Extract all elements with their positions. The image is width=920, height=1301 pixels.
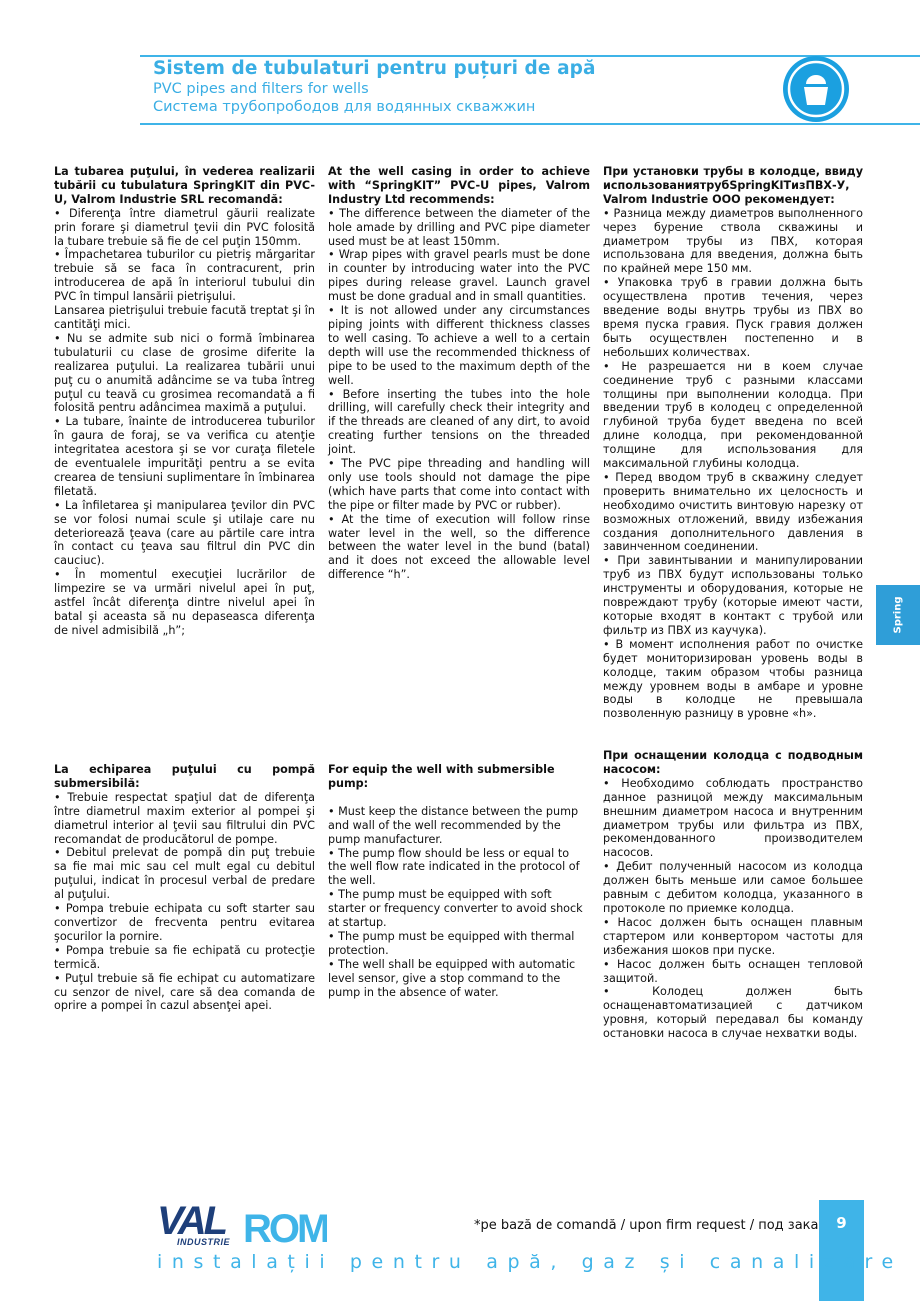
paragraph: • The pump must be equipped with soft st… [328,888,590,930]
paragraph: • The difference between the diameter of… [328,207,590,249]
section2-ro-column: La echiparea puţului cu pompă submersibi… [54,763,315,1013]
spacer [328,791,590,805]
side-tab-label: Spring [893,597,904,634]
paragraph: • La înfiletarea şi manipularea ţevilor … [54,499,315,569]
paragraph: • При завинтывании и манипулировании тру… [603,554,863,637]
page-title-en: PVC pipes and filters for wells [153,80,596,98]
paragraph: • Pompa trebuie echipata cu soft starter… [54,902,315,944]
paragraph: • Wrap pipes with gravel pearls must be … [328,248,590,304]
paragraph: • Перед вводом труб в скважину следует п… [603,471,863,554]
order-footnote: *pe bază de comandă / upon firm request … [474,1218,825,1233]
paragraph: • Разница между диаметров выполненного ч… [603,207,863,277]
paragraph: • Необходимо соблюдать пространство данн… [603,777,863,860]
paragraph: • Nu se admite sub nici o formă îmbinare… [54,332,315,415]
paragraph: • В момент исполнения работ по очистке б… [603,638,863,721]
logo-industrie-text: INDUSTRIE [177,1237,230,1247]
paragraph: • Колодец должен быть оснащенавтоматизац… [603,985,863,1041]
paragraph: • Diferenţa între diametrul găurii reali… [54,207,315,249]
section2-ru-column: При оснащении колодца с подводным насосо… [603,749,863,1041]
section1-ru-column: При установки трубы в колодце, ввиду исп… [603,165,863,721]
page-title-ru: Система трубопрободов для водянных скваж… [153,98,596,116]
paragraph: • Împachetarea tuburilor cu pietriş mărg… [54,248,315,304]
paragraph: • Насос должен быть оснащен тепловой защ… [603,958,863,986]
paragraph: • The PVC pipe threading and handling wi… [328,457,590,513]
paragraph: • Pompa trebuie sa fie echipată cu prote… [54,944,315,972]
section1-en-heading: At the well casing in order to achieve w… [328,165,590,207]
bucket-icon [782,55,850,123]
paragraph: • Before inserting the tubes into the ho… [328,388,590,458]
paragraph: • La tubare, înainte de introducerea tub… [54,415,315,498]
paragraph: • Дебит полученный насосом из колодца до… [603,860,863,916]
section1-ru-heading: При установки трубы в колодце, ввиду исп… [603,165,863,207]
paragraph: Lansarea pietrişului trebuie facută trep… [54,304,315,332]
section2-ro-heading: La echiparea puţului cu pompă submersibi… [54,763,315,791]
section1-ro-column: La tubarea puţului, în vederea realizari… [54,165,315,638]
page-title-ro: Sistem de tubulaturi pentru puțuri de ap… [153,58,596,80]
valrom-logo: VAL ROM INDUSTRIE [157,1200,327,1248]
page-number: 9 [819,1214,864,1232]
section1-en-column: At the well casing in order to achieve w… [328,165,590,582]
paragraph: • The pump must be equipped with thermal… [328,930,590,958]
paragraph: • Упаковка труб в гравии должна быть осу… [603,276,863,359]
section2-ru-heading: При оснащении колодца с подводным насосо… [603,749,863,777]
section1-ro-heading: La tubarea puţului, în vederea realizari… [54,165,315,207]
paragraph: • At the time of execution will follow r… [328,513,590,583]
header-bottom-rule [140,123,920,125]
paragraph: • Must keep the distance between the pum… [328,805,590,847]
section-side-tab: Spring [876,585,920,645]
paragraph: • Trebuie respectat spaţiul dat de difer… [54,791,315,847]
company-tagline: instalații pentru apă, gaz și canalizare [157,1251,903,1273]
paragraph: • Насос должен быть оснащен плавным стар… [603,916,863,958]
paragraph: • The well shall be equipped with automa… [328,958,590,1000]
paragraph: • Не разрешается ни в коем случае соедин… [603,360,863,471]
paragraph: • It is not allowed under any circumstan… [328,304,590,387]
paragraph: • Debitul prelevat de pompă din puţ treb… [54,846,315,902]
section2-en-heading: For equip the well with submersible pump… [328,763,590,791]
logo-rom-text: ROM [243,1207,327,1248]
section2-en-column: For equip the well with submersible pump… [328,763,590,1000]
page-title-block: Sistem de tubulaturi pentru puțuri de ap… [153,58,596,116]
paragraph: • Puţul trebuie să fie echipat cu automa… [54,972,315,1014]
paragraph: • În momentul execuţiei lucrărilor de li… [54,568,315,638]
paragraph: • The pump flow should be less or equal … [328,847,590,889]
